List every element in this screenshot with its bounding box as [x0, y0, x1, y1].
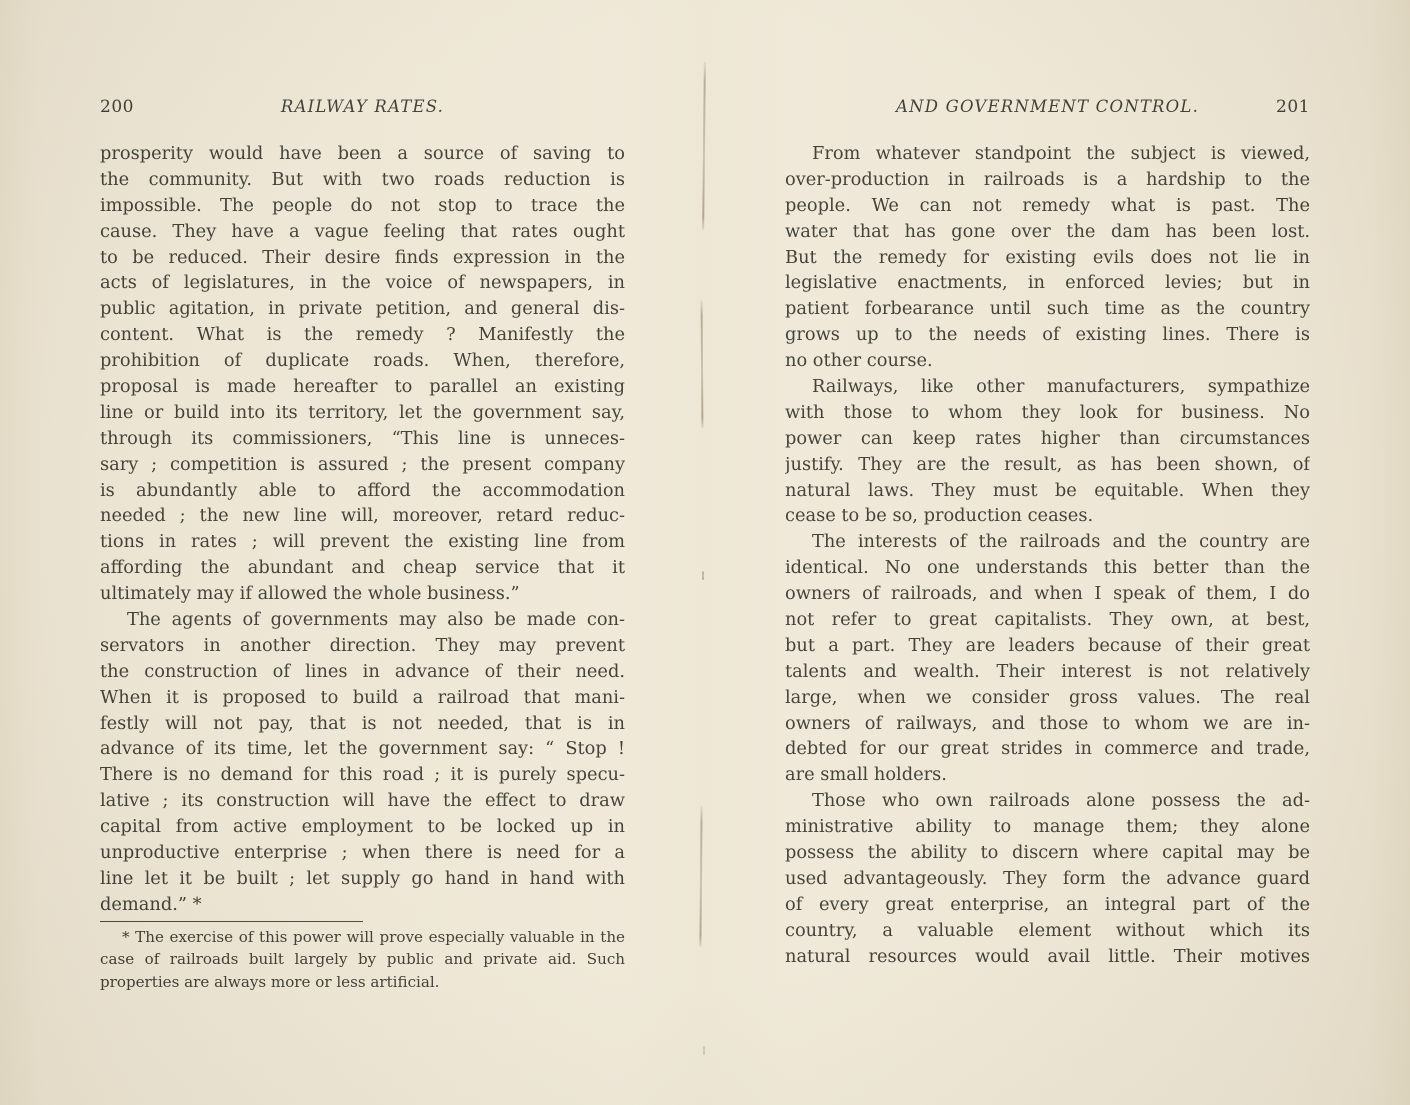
text-line: Those who own railroads alone possess th…	[785, 788, 1310, 814]
binding-crease-dot	[703, 1046, 705, 1055]
page-number-left: 200	[100, 97, 170, 117]
text-line: proposal is made hereafter to parallel a…	[100, 374, 625, 400]
text-line: cease to be so, production ceases.	[785, 503, 1310, 529]
text-line: prohibition of duplicate roads. When, th…	[100, 348, 625, 374]
text-line: sary ; competition is assured ; the pres…	[100, 452, 625, 478]
text-line: used advantageously. They form the advan…	[785, 866, 1310, 892]
text-line: demand.” *	[100, 892, 625, 918]
text-line: ministrative ability to manage them; the…	[785, 814, 1310, 840]
text-line: ultimately may if allowed the whole busi…	[100, 581, 625, 607]
text-line: talents and wealth. Their interest is no…	[785, 659, 1310, 685]
text-line: needed ; the new line will, moreover, re…	[100, 503, 625, 529]
text-line: over-production in railroads is a hardsh…	[785, 167, 1310, 193]
text-line: to be reduced. Their desire finds expres…	[100, 245, 625, 271]
text-line: acts of legislatures, in the voice of ne…	[100, 270, 625, 296]
text-line: cause. They have a vague feeling that ra…	[100, 219, 625, 245]
text-line: grows up to the needs of existing lines.…	[785, 322, 1310, 348]
text-line: with those to whom they look for busines…	[785, 400, 1310, 426]
text-line: of every great enterprise, an integral p…	[785, 892, 1310, 918]
text-line: but a part. They are leaders because of …	[785, 633, 1310, 659]
text-line: justify. They are the result, as has bee…	[785, 452, 1310, 478]
text-line: festly will not pay, that is not needed,…	[100, 711, 625, 737]
text-line: lative ; its construction will have the …	[100, 788, 625, 814]
text-line: not refer to great capitalists. They own…	[785, 607, 1310, 633]
page-right: AND GOVERNMENT CONTROL. 201 From whateve…	[785, 97, 1310, 970]
text-line: Railways, like other manufacturers, symp…	[785, 374, 1310, 400]
text-line: When it is proposed to build a railroad …	[100, 685, 625, 711]
text-line: possess the ability to discern where cap…	[785, 840, 1310, 866]
text-line: * The exercise of this power will prove …	[100, 926, 625, 948]
page-left: 200 RAILWAY RATES. prosperity would have…	[100, 97, 625, 993]
text-line: legislative enactments, in enforced levi…	[785, 270, 1310, 296]
running-head-right: AND GOVERNMENT CONTROL.	[855, 97, 1240, 116]
text-line: through its commissioners, “This line is…	[100, 426, 625, 452]
text-line: the community. But with two roads reduct…	[100, 167, 625, 193]
text-line: debted for our great strides in commerce…	[785, 736, 1310, 762]
text-line: country, a valuable element without whic…	[785, 918, 1310, 944]
text-line: prosperity would have been a source of s…	[100, 141, 625, 167]
running-head-left: RAILWAY RATES.	[170, 97, 555, 116]
text-line: capital from active employment to be loc…	[100, 814, 625, 840]
binding-crease-mark	[701, 300, 704, 428]
text-line: affording the abundant and cheap service…	[100, 555, 625, 581]
text-line: line or build into its territory, let th…	[100, 400, 625, 426]
text-line: natural resources would avail little. Th…	[785, 944, 1310, 970]
text-line: patient forbearance until such time as t…	[785, 296, 1310, 322]
text-line: the construction of lines in advance of …	[100, 659, 625, 685]
text-line: The interests of the railroads and the c…	[785, 529, 1310, 555]
text-line: power can keep rates higher than circums…	[785, 426, 1310, 452]
page-left-body: prosperity would have been a source of s…	[100, 141, 625, 918]
text-line: large, when we consider gross values. Th…	[785, 685, 1310, 711]
text-line: owners of railroads, and when I speak of…	[785, 581, 1310, 607]
text-line: From whatever standpoint the subject is …	[785, 141, 1310, 167]
text-line: unproductive enterprise ; when there is …	[100, 840, 625, 866]
text-line: is abundantly able to afford the accommo…	[100, 478, 625, 504]
text-line: owners of railways, and those to whom we…	[785, 711, 1310, 737]
binding-crease-mark	[699, 806, 702, 947]
footnote-separator-rule	[100, 921, 363, 922]
text-line: line let it be built ; let supply go han…	[100, 866, 625, 892]
text-line: The agents of governments may also be ma…	[100, 607, 625, 633]
text-line: impossible. The people do not stop to tr…	[100, 193, 625, 219]
text-line: identical. No one understands this bette…	[785, 555, 1310, 581]
text-line: There is no demand for this road ; it is…	[100, 762, 625, 788]
binding-crease-dot	[702, 571, 704, 580]
text-line: But the remedy for existing evils does n…	[785, 245, 1310, 271]
page-left-footnote: * The exercise of this power will prove …	[100, 926, 625, 993]
book-spread: 200 RAILWAY RATES. prosperity would have…	[0, 0, 1410, 1105]
text-line: tions in rates ; will prevent the existi…	[100, 529, 625, 555]
text-line: properties are always more or less artif…	[100, 971, 625, 993]
text-line: public agitation, in private petition, a…	[100, 296, 625, 322]
text-line: advance of its time, let the government …	[100, 736, 625, 762]
page-right-header: AND GOVERNMENT CONTROL. 201	[785, 97, 1310, 121]
page-right-body: From whatever standpoint the subject is …	[785, 141, 1310, 970]
text-line: servators in another direction. They may…	[100, 633, 625, 659]
text-line: natural laws. They must be equitable. Wh…	[785, 478, 1310, 504]
text-line: no other course.	[785, 348, 1310, 374]
text-line: water that has gone over the dam has bee…	[785, 219, 1310, 245]
page-number-right: 201	[1240, 97, 1310, 117]
binding-crease-mark	[702, 62, 706, 230]
text-line: content. What is the remedy ? Manifestly…	[100, 322, 625, 348]
text-line: people. We can not remedy what is past. …	[785, 193, 1310, 219]
text-line: case of railroads built largely by publi…	[100, 948, 625, 970]
text-line: are small holders.	[785, 762, 1310, 788]
page-left-header: 200 RAILWAY RATES.	[100, 97, 625, 121]
